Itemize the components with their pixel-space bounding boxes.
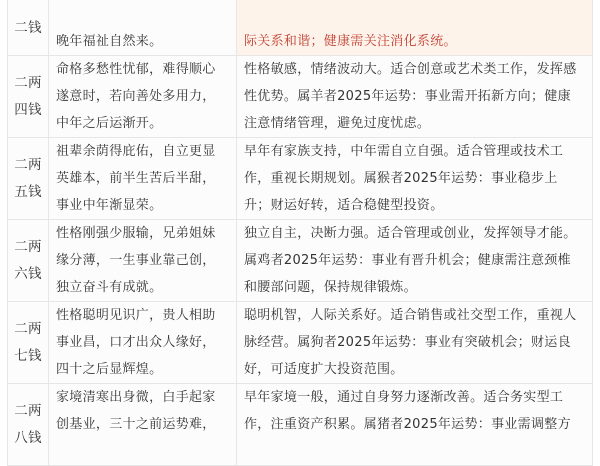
- table-row: 二两 四钱 命格多愁性忧郁，难得顺心 遂意时，若向善处多用力， 中年之后运渐开。…: [8, 56, 593, 138]
- poem-cell: 祖辈余荫得庇佑，自立更显 英雄本，前半生苦后半甜， 事业中年渐显荣。: [49, 138, 237, 220]
- weight-cell: 二钱: [8, 0, 49, 56]
- poem-cell: 家境清寒出身微，白手起家 创基业，三十之前运势难，: [49, 384, 237, 401]
- bone-weight-fortune-table: 二钱 晚年福祉自然来。 际关系和谐；健康需关注消化系统。 二两 四钱: [7, 0, 593, 400]
- description-cell-highlighted: 际关系和谐；健康需关注消化系统。: [237, 0, 593, 56]
- description-cell: 性格敏感，情绪波动大。适合创意或艺术类工作，发挥感 性优势。属羊者2025年运势…: [237, 56, 593, 138]
- poem-cell: 性格聪明见识广，贵人相助 事业昌，口才出众人缘好， 四十之后显辉煌。: [49, 302, 237, 384]
- poem-cell: 命格多愁性忧郁，难得顺心 遂意时，若向善处多用力， 中年之后运渐开。: [49, 56, 237, 138]
- table-row: 二两 八钱 家境清寒出身微，白手起家 创基业，三十之前运势难， 早年家境一般，通…: [8, 384, 593, 401]
- poem-cell: 性格刚强少服输，兄弟姐妹 缘分薄，一生事业靠己创， 独立奋斗有成就。: [49, 220, 237, 302]
- description-cell: 早年家境一般，通过自身努力逐渐改善。适合务实型工 作，注重资产积累。属猪者202…: [237, 384, 593, 401]
- description-cell: 聪明机智，人际关系好。适合销售或社交型工作，重视人 脉经营。属狗者2025年运势…: [237, 302, 593, 384]
- table-row: 二两 六钱 性格刚强少服输，兄弟姐妹 缘分薄，一生事业靠己创， 独立奋斗有成就。…: [8, 220, 593, 302]
- weight-cell: 二两 七钱: [8, 302, 49, 384]
- weight-cell: 二两 五钱: [8, 138, 49, 220]
- table-row: 二两 七钱 性格聪明见识广，贵人相助 事业昌，口才出众人缘好， 四十之后显辉煌。…: [8, 302, 593, 384]
- weight-cell: 二两 八钱: [8, 384, 49, 401]
- table-row: 二钱 晚年福祉自然来。 际关系和谐；健康需关注消化系统。: [8, 0, 593, 56]
- table-row: 二两 五钱 祖辈余荫得庇佑，自立更显 英雄本，前半生苦后半甜， 事业中年渐显荣。…: [8, 138, 593, 220]
- weight-cell: 二两 四钱: [8, 56, 49, 138]
- fortune-table-container: 二钱 晚年福祉自然来。 际关系和谐；健康需关注消化系统。 二两 四钱: [7, 0, 593, 400]
- description-cell: 早年有家族支持，中年需自立自强。适合管理或技术工 作，重视长期规划。属猴者202…: [237, 138, 593, 220]
- poem-cell: 晚年福祉自然来。: [49, 0, 237, 56]
- description-cell: 独立自主，决断力强。适合管理或创业，发挥领导才能。 属鸡者2025年运势：事业有…: [237, 220, 593, 302]
- weight-cell: 二两 六钱: [8, 220, 49, 302]
